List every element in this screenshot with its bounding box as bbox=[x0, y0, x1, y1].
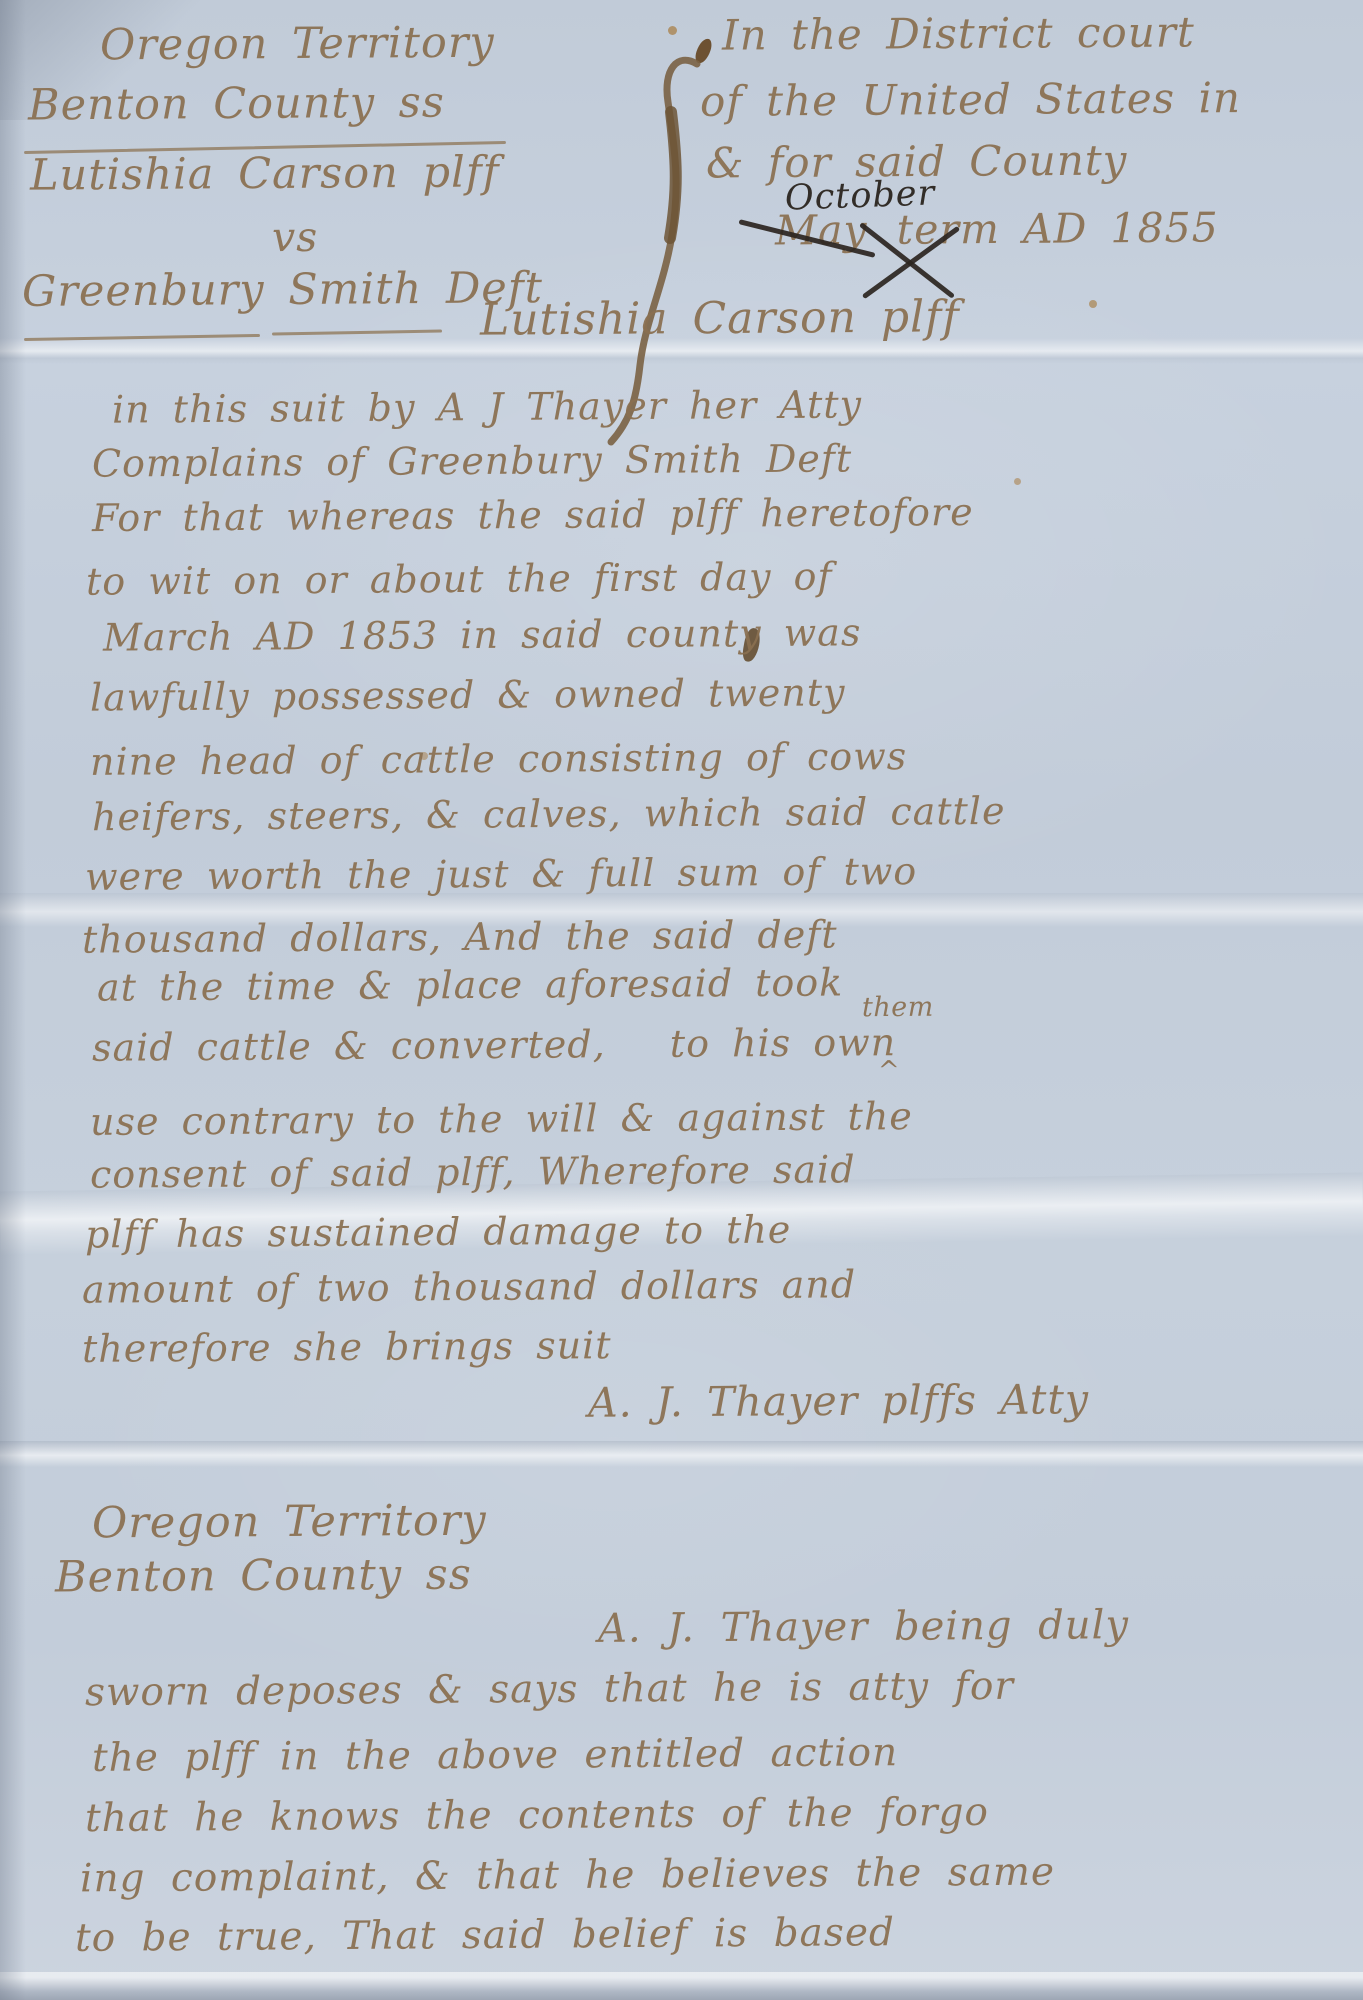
rust-speck bbox=[668, 26, 677, 35]
body-line: For that whereas the said plff heretofor… bbox=[92, 493, 974, 539]
body-line-before-insertion: said cattle & converted, bbox=[92, 1022, 606, 1070]
caption-versus: vs bbox=[272, 216, 319, 259]
underline bbox=[24, 334, 260, 341]
body-line: use contrary to the will & against the bbox=[90, 1097, 913, 1143]
body-line: March AD 1853 in said county was bbox=[103, 613, 862, 658]
caption-county: Benton County ss bbox=[28, 81, 445, 129]
inserted-word: them bbox=[862, 994, 934, 1023]
body-line-with-insertion: said cattle & converted, to his own bbox=[92, 1023, 896, 1069]
body-line: in this suit by A J Thayer her Atty bbox=[112, 385, 862, 430]
body-line: therefore she brings suit bbox=[82, 1326, 612, 1370]
caption-plaintiff: Lutishia Carson plff bbox=[30, 150, 500, 198]
court-line-2: of the United States in bbox=[700, 76, 1241, 124]
body-line: amount of two thousand dollars and bbox=[82, 1265, 856, 1310]
affidavit-line: to be true, That said belief is based bbox=[75, 1913, 895, 1960]
body-line-after-insertion: to his own bbox=[670, 1020, 897, 1066]
rust-speck bbox=[1089, 300, 1097, 308]
body-line: lawfully possessed & owned twenty bbox=[90, 673, 846, 718]
affidavit-line: ing complaint, & that he believes the sa… bbox=[80, 1853, 1055, 1901]
affidavit-line: A. J. Thayer being duly bbox=[598, 1604, 1129, 1650]
body-line: were worth the just & full sum of two bbox=[85, 852, 917, 898]
body-line: consent of said plff, Wherefore said bbox=[90, 1150, 856, 1195]
caption-defendant: Greenbury Smith Deft bbox=[22, 266, 543, 315]
affidavit-line: that he knows the contents of the forgo bbox=[85, 1793, 989, 1840]
fold-crease bbox=[0, 1972, 1363, 2000]
body-line: Lutishia Carson plff bbox=[480, 294, 960, 344]
body-line: to wit on or about the first day of bbox=[86, 557, 833, 602]
body-line: thousand dollars, And the said deft bbox=[82, 915, 838, 960]
affidavit-line: sworn deposes & says that he is atty for bbox=[85, 1667, 1014, 1714]
affidavit-county: Benton County ss bbox=[55, 1553, 472, 1601]
underline bbox=[272, 330, 442, 335]
body-line: Complains of Greenbury Smith Deft bbox=[92, 439, 852, 484]
court-line-1: In the District court bbox=[722, 10, 1195, 57]
body-line: nine head of cattle consisting of cows bbox=[90, 737, 907, 783]
body-line: plff has sustained damage to the bbox=[85, 1211, 792, 1256]
attorney-signature: A. J. Thayer plffs Atty bbox=[588, 1378, 1089, 1425]
fold-crease bbox=[0, 1441, 1363, 1467]
term-rest: term AD 1855 bbox=[896, 203, 1218, 253]
body-line: heifers, steers, & calves, which said ca… bbox=[92, 792, 1006, 838]
document-page: Oregon Territory Benton County ss Lutish… bbox=[0, 0, 1363, 2000]
insertion-caret: ^ bbox=[878, 1058, 901, 1085]
affidavit-territory: Oregon Territory bbox=[92, 1499, 487, 1547]
body-line: at the time & place aforesaid took bbox=[97, 963, 844, 1008]
caption-territory: Oregon Territory bbox=[100, 21, 495, 69]
rust-speck bbox=[1014, 478, 1021, 485]
affidavit-line: the plff in the above entitled action bbox=[92, 1733, 898, 1780]
